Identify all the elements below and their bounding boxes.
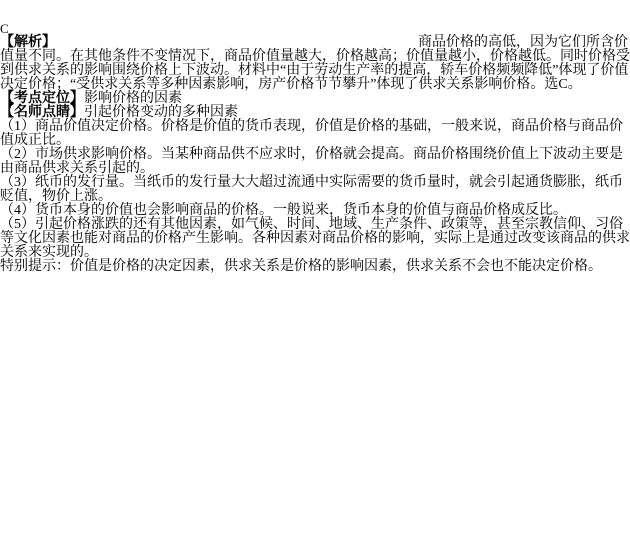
redacted-gap <box>56 45 418 46</box>
exam-point-text: 影响价格的因素 <box>84 91 182 106</box>
analysis-label: 【解析】 <box>0 35 56 50</box>
tip-item-3: （3）纸币的发行量。当纸币的发行量大大超过流通中实际需要的货币量时，就会引起通货… <box>0 176 630 204</box>
tip-item-2: （2）市场供求影响价格。当某种商品供不应求时，价格就会提高。商品价格围绕价值上下… <box>0 148 630 176</box>
exam-point-label: 【考点定位】 <box>0 91 84 106</box>
exam-point-line: 【考点定位】影响价格的因素 <box>0 92 630 106</box>
tip-item-5: （5）引起价格涨跌的还有其他因素，如气候、时间、地域、生产条件、政策等，甚至宗教… <box>0 218 630 260</box>
answer-explanation-document: C 【解析】商品价格的高低，因为它们所含价值量不同。在其他条件不变情况下，商品价… <box>0 0 630 274</box>
tip-item-4: （4）货币本身的价值也会影响商品的价格。一般说来，货币本身的价值与商品价格成反比… <box>0 204 630 218</box>
tips-heading: 【名师点睛】引起价格变动的多种因素 <box>0 106 630 120</box>
tips-label: 【名师点睛】 <box>0 105 84 120</box>
special-note: 特别提示：价值是价格的决定因素，供求关系是价格的影响因素，供求关系不会也不能决定… <box>0 260 630 274</box>
tips-title: 引起价格变动的多种因素 <box>84 105 238 120</box>
answer-letter: C <box>0 22 630 36</box>
analysis-paragraph: 【解析】商品价格的高低，因为它们所含价值量不同。在其他条件不变情况下，商品价值量… <box>0 36 630 92</box>
tip-item-1: （1）商品价值决定价格。价格是价值的货币表现，价值是价格的基础，一般来说，商品价… <box>0 120 630 148</box>
analysis-text: 商品价格的高低，因为它们所含价值量不同。在其他条件不变情况下，商品价值量越大，价… <box>0 35 630 92</box>
